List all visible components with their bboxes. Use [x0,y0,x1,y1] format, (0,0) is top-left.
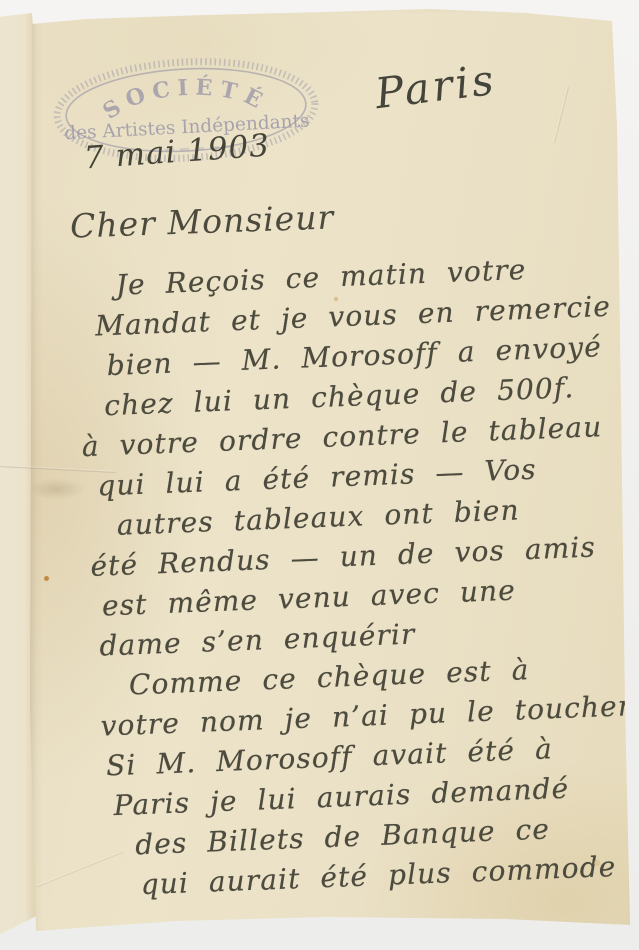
foxing-dot [44,576,49,581]
foxing-dot [334,297,338,301]
letter-body: Je Reçois ce matin votre Mandat et je vo… [55,246,639,908]
letter-paper: SOCIÉTÉ des Artistes Indépendants Paris … [26,6,633,938]
handwritten-city: Paris [372,55,499,118]
crease-smudge [28,478,86,500]
foxing-dot [594,860,600,866]
scanned-letter-background: SOCIÉTÉ des Artistes Indépendants Paris … [0,0,639,950]
salutation: Cher Monsieur [69,197,334,245]
